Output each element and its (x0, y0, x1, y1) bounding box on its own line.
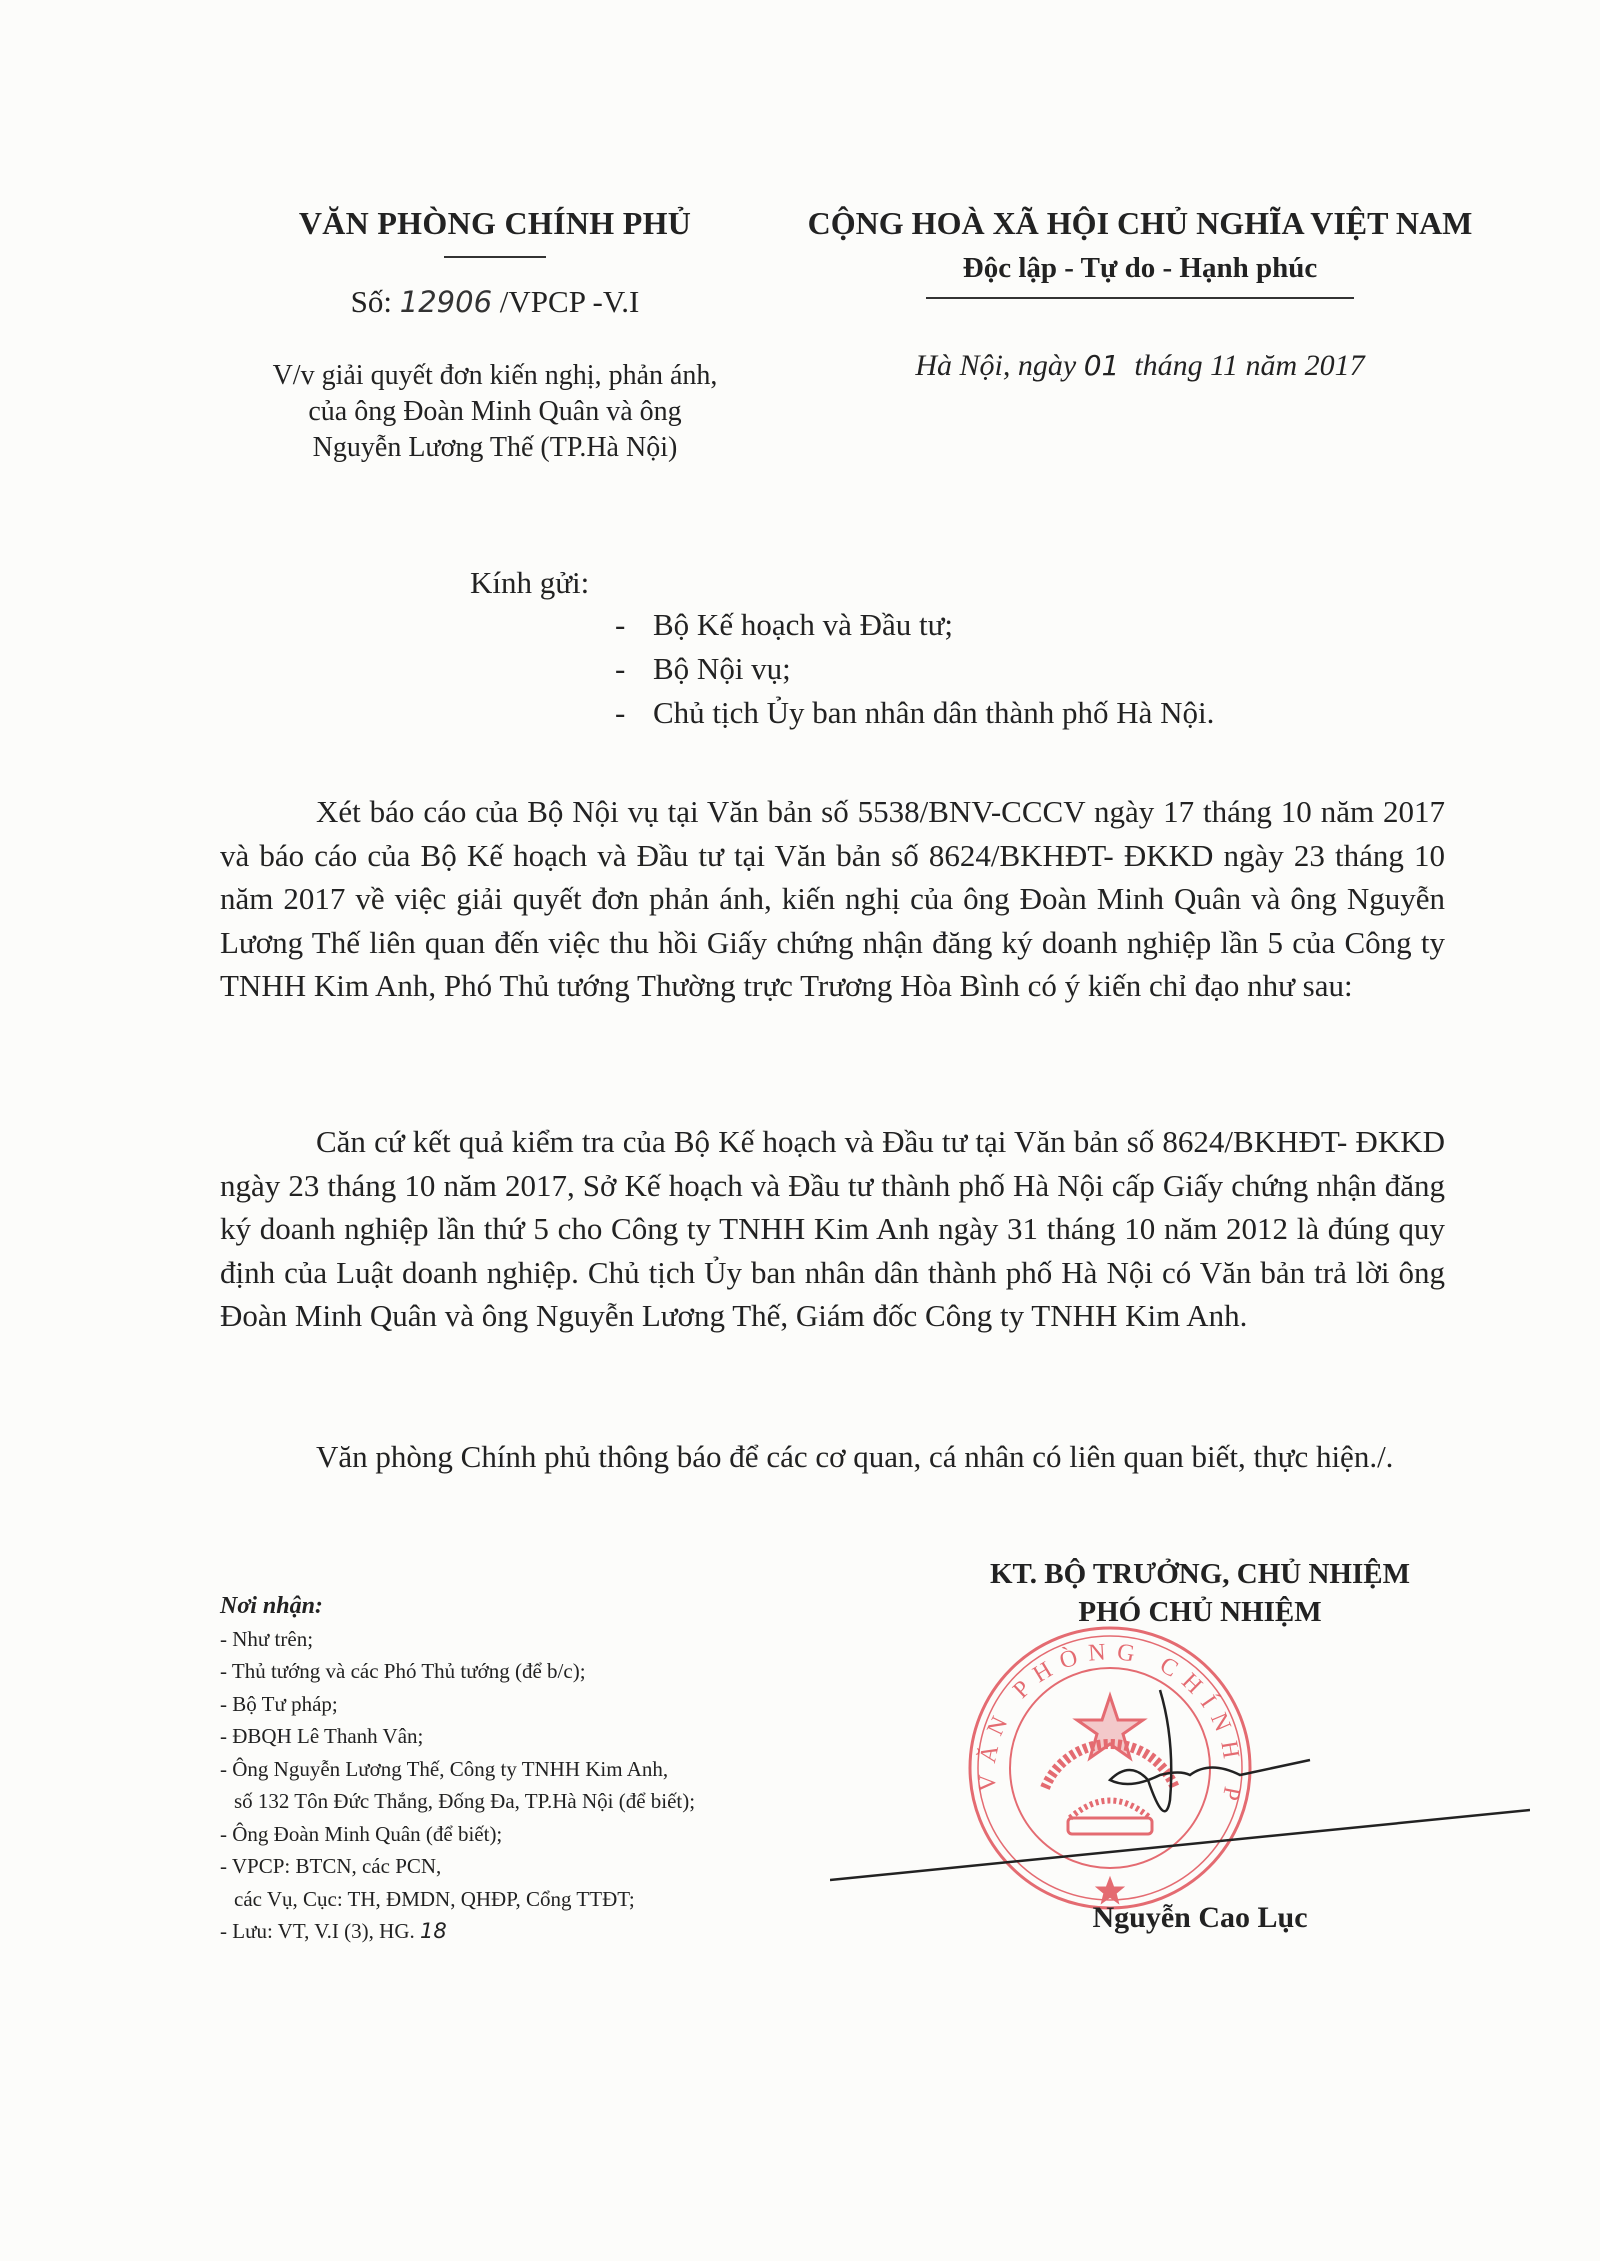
addressee-label: Kính gửi: (470, 565, 589, 601)
recipients-title: Nơi nhận: (220, 1590, 920, 1623)
body-paragraph: Văn phòng Chính phủ thông báo để các cơ … (220, 1435, 1445, 1479)
signer-title: KT. BỘ TRƯỞNG, CHỦ NHIỆM (930, 1555, 1470, 1593)
divider (926, 297, 1354, 299)
recipient-line: số 132 Tôn Đức Thắng, Đống Đa, TP.Hà Nội… (220, 1785, 920, 1818)
signer-position: PHÓ CHỦ NHIỆM (930, 1593, 1470, 1631)
addressee-item: -Bộ Nội vụ; (615, 651, 791, 687)
signature-block: KT. BỘ TRƯỞNG, CHỦ NHIỆM PHÓ CHỦ NHIỆM N… (930, 1555, 1470, 1935)
subject-line: Nguyễn Lương Thế (TP.Hà Nội) (230, 430, 760, 466)
addressee-item: -Bộ Kế hoạch và Đầu tư; (615, 607, 953, 643)
document-number: Số: 12906 /VPCP -V.I (230, 284, 760, 320)
recipient-line: - Như trên; (220, 1623, 920, 1656)
issuing-agency: VĂN PHÒNG CHÍNH PHỦ (230, 205, 760, 242)
date-day-handwritten: 01 (1084, 349, 1120, 382)
doc-number-label: Số: (351, 284, 392, 319)
subject: V/v giải quyết đơn kiến nghị, phản ánh, … (230, 358, 760, 466)
doc-number-handwritten: 12906 (400, 285, 492, 319)
recipient-line: - Ông Đoàn Minh Quân (để biết); (220, 1818, 920, 1851)
handwritten-count: 18 (420, 1919, 447, 1943)
recipient-line: - Ông Nguyễn Lương Thế, Công ty TNHH Kim… (220, 1753, 920, 1786)
divider (444, 256, 546, 258)
doc-number-suffix: /VPCP -V.I (500, 284, 640, 319)
issuer-block: VĂN PHÒNG CHÍNH PHỦ Số: 12906 /VPCP -V.I… (230, 205, 760, 466)
recipient-line: - Bộ Tư pháp; (220, 1688, 920, 1721)
recipient-line: - Thủ tướng và các Phó Thủ tướng (để b/c… (220, 1655, 920, 1688)
subject-line: V/v giải quyết đơn kiến nghị, phản ánh, (230, 358, 760, 394)
recipient-line: các Vụ, Cục: TH, ĐMDN, QHĐP, Cổng TTĐT; (220, 1883, 920, 1916)
addressee-item: -Chủ tịch Ủy ban nhân dân thành phố Hà N… (615, 695, 1214, 731)
signer-name: Nguyễn Cao Lục (930, 1901, 1470, 1935)
dateline: Hà Nội, ngày 01 tháng 11 năm 2017 (760, 349, 1520, 383)
date-suffix: tháng 11 năm 2017 (1134, 349, 1364, 382)
motto: Độc lập - Tự do - Hạnh phúc (760, 252, 1520, 285)
recipients-list: Nơi nhận: - Như trên; - Thủ tướng và các… (220, 1590, 920, 1948)
subject-line: của ông Đoàn Minh Quân và ông (230, 394, 760, 430)
body-paragraph: Căn cứ kết quả kiểm tra của Bộ Kế hoạch … (220, 1120, 1445, 1338)
nation-title: CỘNG HOÀ XÃ HỘI CHỦ NGHĨA VIỆT NAM (760, 205, 1520, 242)
body-paragraph: Xét báo cáo của Bộ Nội vụ tại Văn bản số… (220, 790, 1445, 1008)
recipient-line: - Lưu: VT, V.I (3), HG. 18 (220, 1915, 920, 1948)
national-header: CỘNG HOÀ XÃ HỘI CHỦ NGHĨA VIỆT NAM Độc l… (760, 205, 1520, 383)
recipient-line: - ĐBQH Lê Thanh Vân; (220, 1720, 920, 1753)
date-prefix: Hà Nội, ngày (915, 349, 1076, 382)
recipient-line: - VPCP: BTCN, các PCN, (220, 1850, 920, 1883)
